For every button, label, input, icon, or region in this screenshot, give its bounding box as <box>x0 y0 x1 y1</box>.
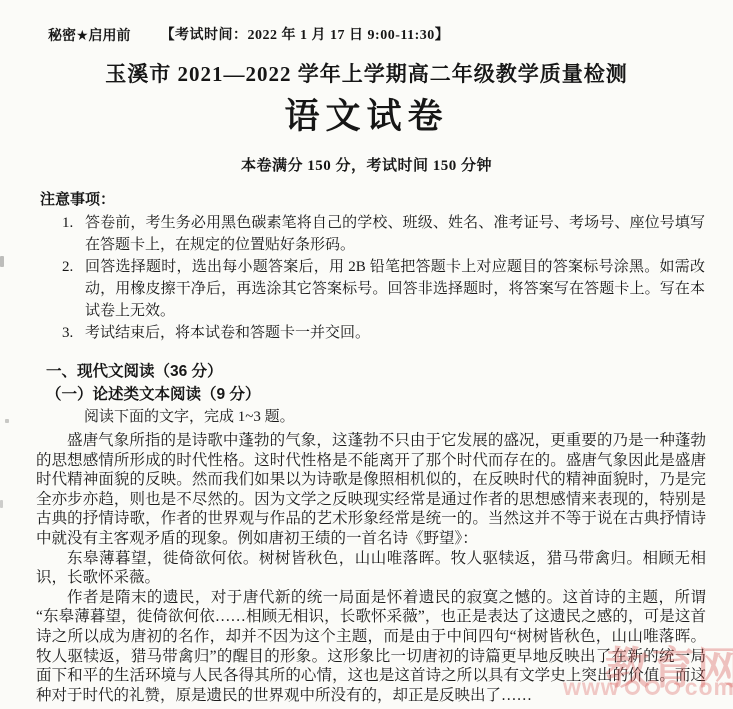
scan-speck <box>0 500 3 508</box>
notice-list: 1. 答卷前，考生务必用黑色碳素笔将自己的学校、班级、姓名、准考证号、考场号、座… <box>62 212 705 344</box>
notice-item-text: 回答选择题时，选出每小题答案后，用 2B 铅笔把答题卡上对应题目的答案标号涂黑。… <box>85 256 705 322</box>
notice-item-2: 2. 回答选择题时，选出每小题答案后，用 2B 铅笔把答题卡上对应题目的答案标号… <box>62 256 705 322</box>
header-row: 秘密★启用前 【考试时间：2022 年 1 月 17 日 9:00-11:30】 <box>0 0 733 44</box>
exam-paper-page: 秘密★启用前 【考试时间：2022 年 1 月 17 日 9:00-11:30】… <box>0 0 733 709</box>
notice-item-text: 考试结束后，将本试卷和答题卡一并交回。 <box>85 322 705 344</box>
score-line: 本卷满分 150 分，考试时间 150 分钟 <box>0 154 733 175</box>
notice-item-1: 1. 答卷前，考生务必用黑色碳素笔将自己的学校、班级、姓名、准考证号、考场号、座… <box>62 212 705 256</box>
scan-speck <box>0 256 4 267</box>
classification-label: 秘密★启用前 <box>48 27 131 44</box>
passage-paragraph-2: 作者是隋末的遗民，对于唐代新的统一局面是怀着遗民的寂寞之憾的。这首诗的主题，所谓… <box>36 588 706 706</box>
section-heading-modern-text-reading: 一、现代文阅读（36 分） <box>46 361 733 383</box>
notice-heading: 注意事项： <box>40 188 733 209</box>
exam-time-label: 【考试时间：2022 年 1 月 17 日 9:00-11:30】 <box>161 27 450 44</box>
notice-item-number: 1. <box>62 212 85 256</box>
subsection-heading-argumentative-reading: （一）论述类文本阅读（9 分） <box>46 384 733 406</box>
passage-paragraph-poem: 东皋薄暮望，徙倚欲何依。树树皆秋色，山山唯落晖。牧人驱犊返，猎马带禽归。相顾无相… <box>36 549 706 588</box>
reading-instruction: 阅读下面的文字，完成 1~3 题。 <box>84 407 733 428</box>
notice-item-number: 3. <box>62 322 85 344</box>
subject-title: 语文试卷 <box>0 96 733 138</box>
notice-item-number: 2. <box>62 256 85 322</box>
notice-item-3: 3. 考试结束后，将本试卷和答题卡一并交回。 <box>62 322 705 344</box>
exam-title: 玉溪市 2021—2022 学年上学期高二年级教学质量检测 <box>0 61 733 87</box>
notice-item-text: 答卷前，考生务必用黑色碳素笔将自己的学校、班级、姓名、准考证号、考场号、座位号填… <box>85 212 705 256</box>
reading-passage: 盛唐气象所指的是诗歌中蓬勃的气象，这蓬勃不只由于它发展的盛况，更重要的乃是一种蓬… <box>36 431 706 705</box>
scan-speck <box>5 419 9 423</box>
passage-paragraph-1: 盛唐气象所指的是诗歌中蓬勃的气象，这蓬勃不只由于它发展的盛况，更重要的乃是一种蓬… <box>36 431 706 549</box>
